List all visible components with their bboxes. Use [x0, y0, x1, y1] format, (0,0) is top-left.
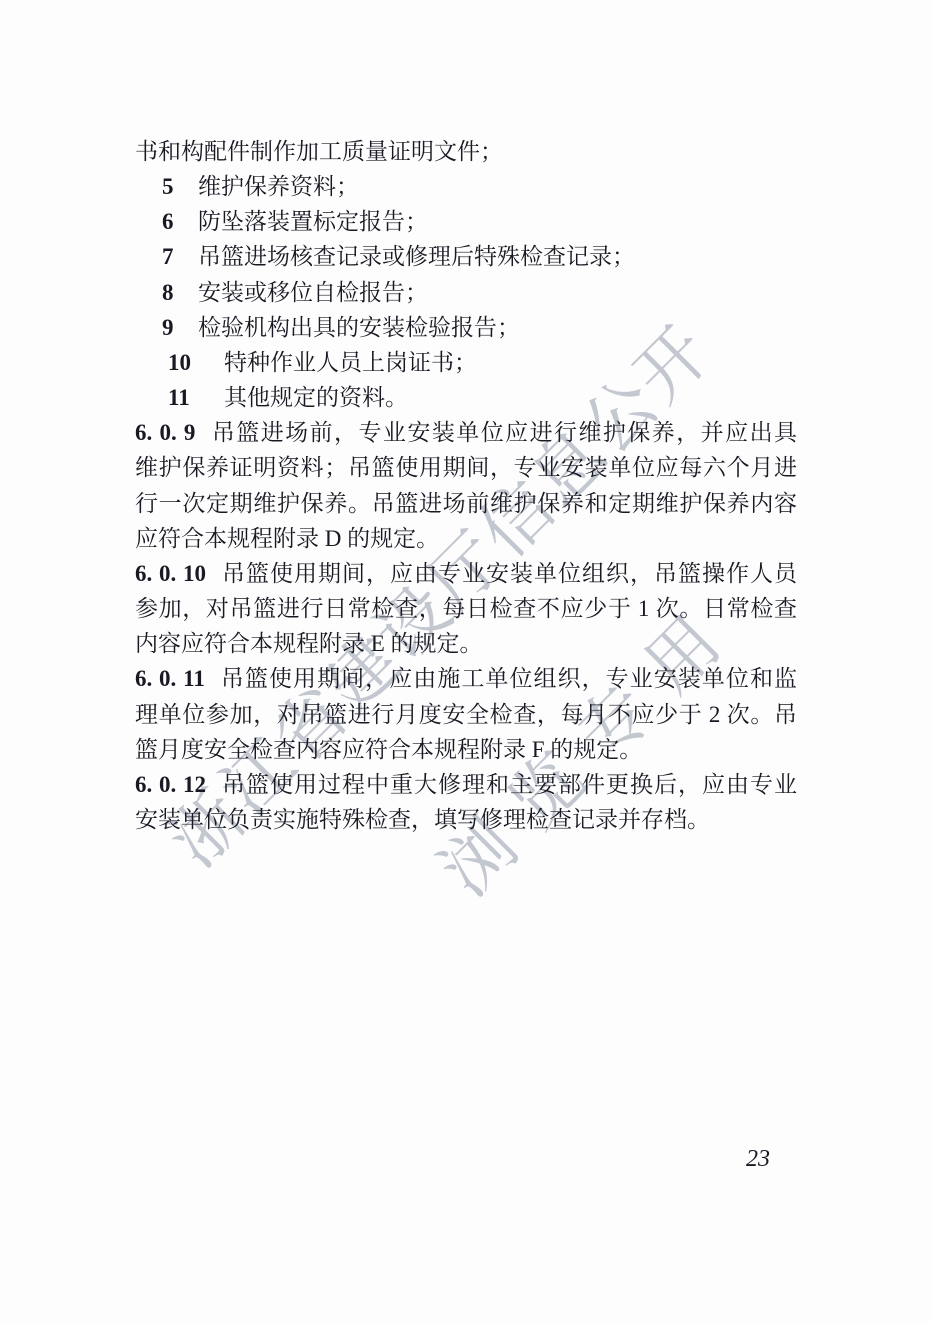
list-item-text: 检验机构出具的安装检验报告； — [198, 315, 520, 340]
clause-6-0-12-line-1: 6. 0. 12吊篮使用过程中重大修理和主要部件更换后，应由专业 — [135, 767, 797, 802]
clause-6-0-11-line-2: 理单位参加，对吊篮进行月度安全检查，每月不应少于 2 次。吊 — [135, 697, 797, 732]
clause-6-0-9-line-2: 维护保养证明资料；吊篮使用期间，专业安装单位应每六个月进 — [135, 450, 797, 485]
list-item-5: 5维护保养资料； — [135, 169, 797, 204]
page-number: 23 — [746, 1146, 770, 1173]
clause-text: 吊篮进场前，专业安装单位应进行维护保养，并应出具 — [210, 420, 797, 445]
list-item-number: 9 — [162, 310, 198, 345]
list-item-number: 8 — [162, 275, 198, 310]
clause-text: 吊篮使用期间，应由施工单位组织，专业安装单位和监 — [220, 666, 797, 691]
clause-6-0-9-line-4: 应符合本规程附录 D 的规定。 — [135, 521, 797, 556]
document-page: 浙江省建设厅信息公开 浏览专用 书和构配件制作加工质量证明文件； 5维护保养资料… — [0, 0, 933, 1322]
clause-6-0-9-line-3: 行一次定期维护保养。吊篮进场前维护保养和定期维护保养内容 — [135, 486, 797, 521]
list-item-number: 10 — [168, 345, 224, 380]
clause-6-0-11-line-3: 篮月度安全检查内容应符合本规程附录 F 的规定。 — [135, 732, 797, 767]
list-item-text: 防坠落装置标定报告； — [198, 209, 428, 234]
list-item-text: 安装或移位自检报告； — [198, 280, 428, 305]
list-item-6: 6防坠落装置标定报告； — [135, 204, 797, 239]
list-item-number: 7 — [162, 239, 198, 274]
list-item-9: 9检验机构出具的安装检验报告； — [135, 310, 797, 345]
list-item-text: 其他规定的资料。 — [224, 385, 408, 410]
list-item-8: 8安装或移位自检报告； — [135, 275, 797, 310]
list-item-text: 吊篮进场核查记录或修理后特殊检查记录； — [198, 244, 635, 269]
clause-6-0-10-line-2: 参加，对吊篮进行日常检查，每日检查不应少于 1 次。日常检查 — [135, 591, 797, 626]
list-item-number: 5 — [162, 169, 198, 204]
clause-6-0-12-line-2: 安装单位负责实施特殊检查，填写修理检查记录并存档。 — [135, 802, 797, 837]
clause-text: 吊篮使用期间，应由专业安装单位组织，吊篮操作人员 — [221, 561, 797, 586]
clause-6-0-9-line-1: 6. 0. 9吊篮进场前，专业安装单位应进行维护保养，并应出具 — [135, 415, 797, 450]
list-item-7: 7吊篮进场核查记录或修理后特殊检查记录； — [135, 239, 797, 274]
list-item-10: 10特种作业人员上岗证书； — [135, 345, 797, 380]
list-item-number: 6 — [162, 204, 198, 239]
list-item-number: 11 — [168, 380, 224, 415]
body-text: 书和构配件制作加工质量证明文件； 5维护保养资料； 6防坠落装置标定报告； 7吊… — [135, 134, 797, 837]
clause-6-0-10-line-3: 内容应符合本规程附录 E 的规定。 — [135, 626, 797, 661]
clause-number: 6. 0. 11 — [135, 666, 205, 691]
clause-6-0-11-line-1: 6. 0. 11吊篮使用期间，应由施工单位组织，专业安装单位和监 — [135, 661, 797, 696]
clause-text: 吊篮使用过程中重大修理和主要部件更换后，应由专业 — [221, 772, 797, 797]
list-item-11: 11其他规定的资料。 — [135, 380, 797, 415]
clause-number: 6. 0. 10 — [135, 561, 206, 586]
clause-6-0-10-line-1: 6. 0. 10吊篮使用期间，应由专业安装单位组织，吊篮操作人员 — [135, 556, 797, 591]
list-item-text: 维护保养资料； — [198, 174, 359, 199]
clause-number: 6. 0. 12 — [135, 772, 206, 797]
list-item-text: 特种作业人员上岗证书； — [224, 350, 477, 375]
paragraph-continuation-line: 书和构配件制作加工质量证明文件； — [135, 134, 797, 169]
clause-number: 6. 0. 9 — [135, 420, 195, 445]
